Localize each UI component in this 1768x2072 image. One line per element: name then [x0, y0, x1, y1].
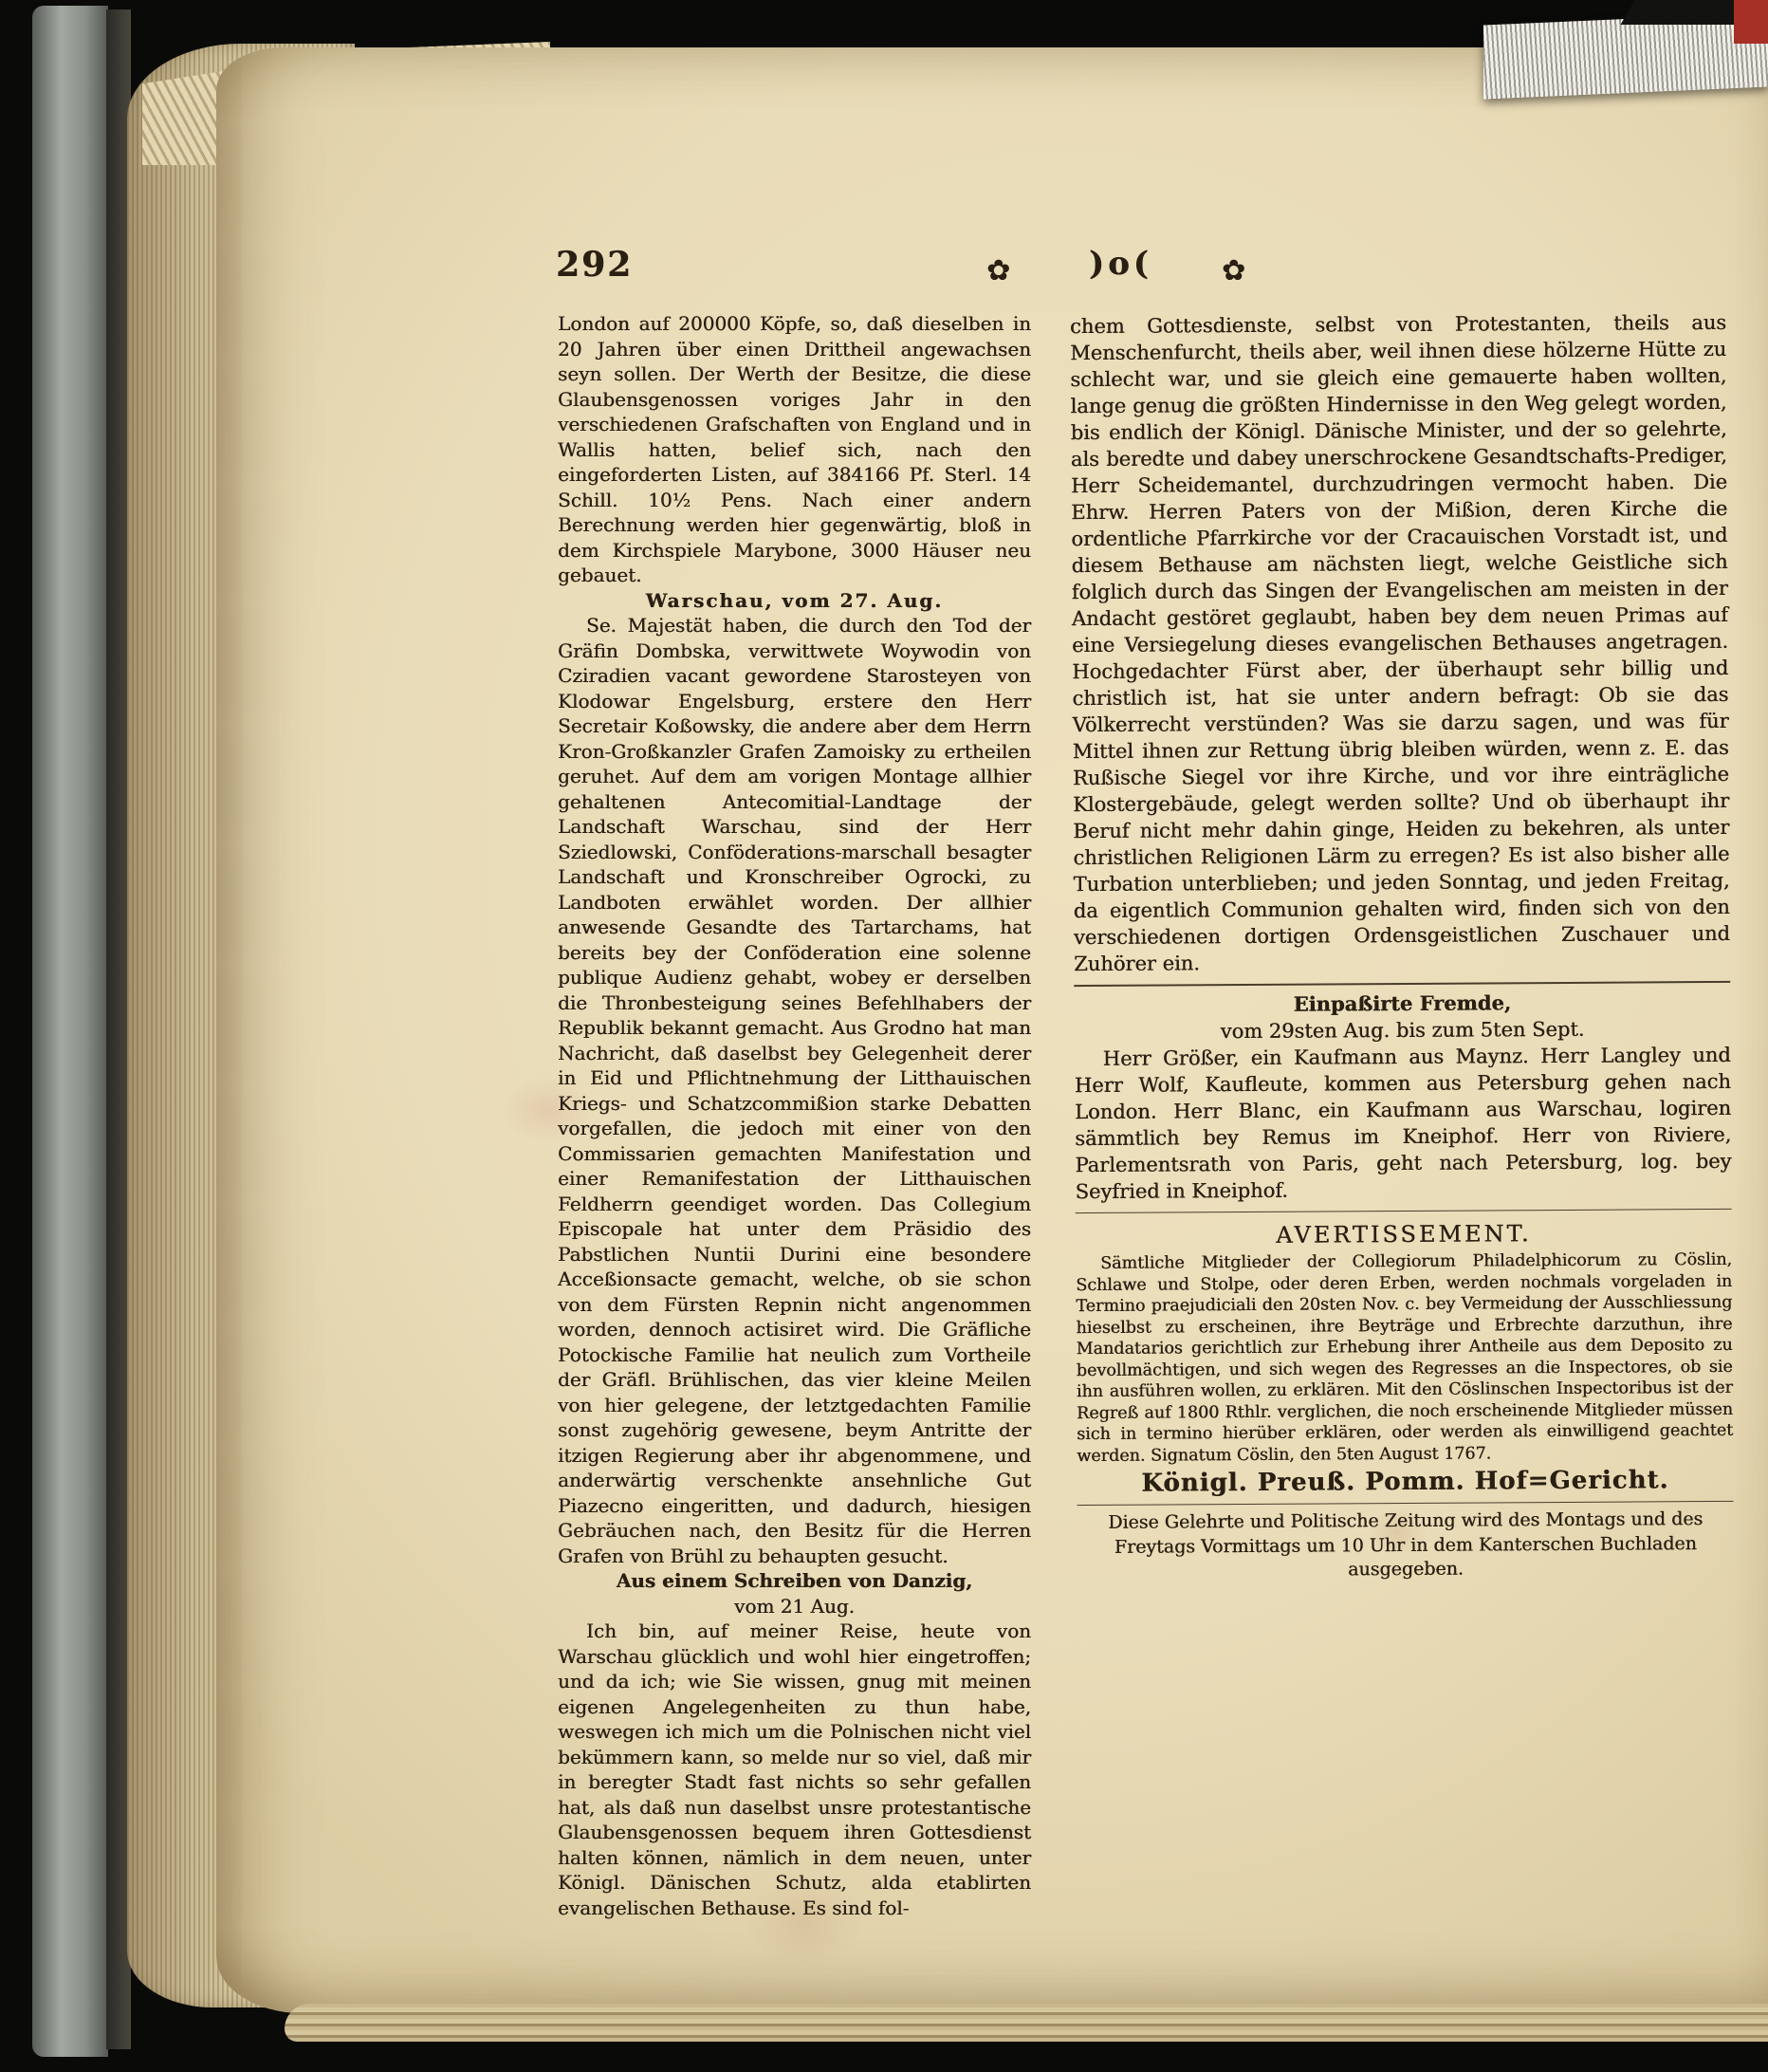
paragraph-warschau-report: Se. Majestät haben, die durch den Tod de… — [558, 613, 1031, 1568]
page-number: 292 — [556, 245, 633, 285]
opposite-page-stack — [1483, 12, 1768, 99]
paragraph-avertissement: Sämtliche Mitglieder der Collegiorum Phi… — [1076, 1249, 1733, 1467]
binding-shadow-mark — [1620, 0, 1748, 25]
printer-ornament-icon: ✿ — [986, 254, 1010, 287]
book-cover-spine — [32, 6, 108, 2057]
page-stack-bottom-edge — [285, 2004, 1768, 2042]
section-divider — [1076, 1209, 1732, 1213]
left-text-column: London auf 200000 Köpfe, so, daß dieselb… — [558, 311, 1031, 1920]
printer-ornament-icon: ✿ — [1222, 254, 1245, 287]
paragraph-danzig-letter: Ich bin, auf meiner Reise, heute von War… — [558, 1619, 1031, 1920]
court-signature: Königl. Preuß. Pomm. Hof=Gericht. — [1077, 1467, 1733, 1497]
header-signature-mark: )o( — [1089, 245, 1152, 283]
right-text-column: chem Gottesdienste, selbst von Protestan… — [1070, 309, 1734, 1584]
heading-avertissement: AVERTISSEMENT. — [1076, 1219, 1732, 1249]
heading-warschau: Warschau, vom 27. Aug. — [558, 588, 1031, 614]
red-binding-mark — [1734, 0, 1768, 44]
section-divider — [1077, 1501, 1734, 1506]
section-divider — [1074, 981, 1730, 987]
paragraph-london-report: London auf 200000 Köpfe, so, daß dieselb… — [558, 311, 1031, 588]
scanned-book-photo: 292 ✿ )o( ✿ London auf 200000 Köpfe, so,… — [0, 0, 1768, 2072]
heading-fremde-line2: vom 29sten Aug. bis zum 5ten Sept. — [1074, 1015, 1730, 1045]
heading-fremde-line1: Einpaßirte Fremde, — [1074, 989, 1730, 1019]
heading-danzig-line1: Aus einem Schreiben von Danzig, — [558, 1568, 1031, 1594]
heading-danzig-line2: vom 21 Aug. — [558, 1594, 1031, 1619]
paragraph-arrived-strangers: Herr Größer, ein Kaufmann aus Maynz. Her… — [1075, 1042, 1732, 1205]
publication-note: Diese Gelehrte und Politische Zeitung wi… — [1096, 1508, 1715, 1583]
paragraph-continuation: chem Gottesdienste, selbst von Protestan… — [1070, 309, 1730, 977]
